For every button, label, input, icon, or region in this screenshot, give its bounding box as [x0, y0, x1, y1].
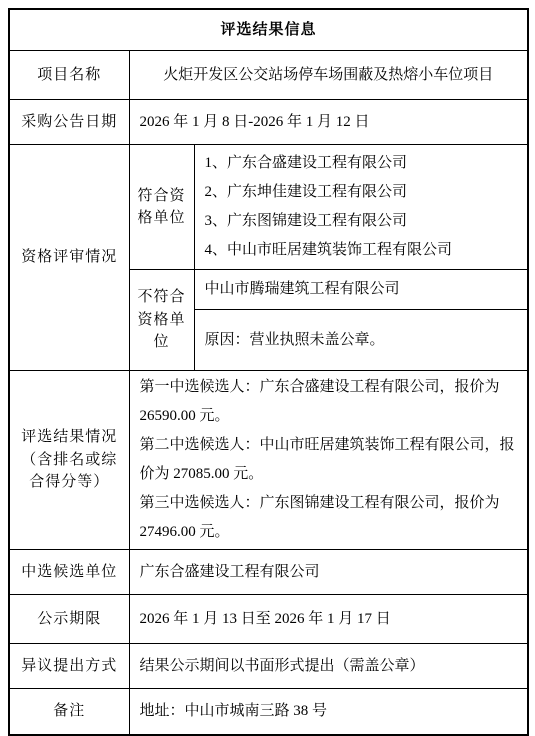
objection-method-value: 结果公示期间以书面形式提出（需盖公章）: [129, 644, 528, 689]
selection-result-entry: 第二中选候选人：中山市旺居建筑装饰工程有限公司，报价为 27085.00 元。: [140, 431, 522, 489]
qualified-units-row: 资格评审情况 符合资格单位 1、广东合盛建设工程有限公司 2、广东坤佳建设工程有…: [9, 145, 528, 270]
selection-results-label: 评选结果情况 （含排名或综合得分等）: [9, 371, 129, 550]
unqualified-reason-value: 原因：营业执照未盖公章。: [194, 310, 528, 371]
selection-results-row: 评选结果情况 （含排名或综合得分等） 第一中选候选人：广东合盛建设工程有限公司，…: [9, 371, 528, 550]
qualified-units-list: 1、广东合盛建设工程有限公司 2、广东坤佳建设工程有限公司 3、广东图锦建设工程…: [194, 145, 528, 270]
announcement-date-row: 采购公告日期 2026 年 1 月 8 日-2026 年 1 月 12 日: [9, 100, 528, 145]
selected-candidate-value: 广东合盛建设工程有限公司: [129, 550, 528, 595]
page: 评选结果信息 项目名称 火炬开发区公交站场停车场围蔽及热熔小车位项目 采购公告日…: [0, 0, 535, 689]
selected-candidate-row: 中选候选单位 广东合盛建设工程有限公司: [9, 550, 528, 595]
selected-candidate-label: 中选候选单位: [9, 550, 129, 595]
selection-result-entry: 第三中选候选人：广东图锦建设工程有限公司，报价为 27496.00 元。: [140, 489, 522, 547]
objection-method-row: 异议提出方式 结果公示期间以书面形式提出（需盖公章）: [9, 644, 528, 689]
remarks-value: 地址：中山市城南三路 38 号: [129, 689, 528, 736]
project-name-row: 项目名称 火炬开发区公交站场停车场围蔽及热熔小车位项目: [9, 51, 528, 100]
qualified-unit-item: 3、广东图锦建设工程有限公司: [205, 207, 522, 236]
title-row: 评选结果信息: [9, 9, 528, 51]
selection-results-value: 第一中选候选人：广东合盛建设工程有限公司，报价为 26590.00 元。 第二中…: [129, 371, 528, 550]
qualified-units-label: 符合资格单位: [129, 145, 194, 270]
remarks-row: 备注 地址：中山市城南三路 38 号: [9, 689, 528, 736]
announcement-date-value: 2026 年 1 月 8 日-2026 年 1 月 12 日: [129, 100, 528, 145]
qualified-unit-item: 2、广东坤佳建设工程有限公司: [205, 178, 522, 207]
publicity-period-value: 2026 年 1 月 13 日至 2026 年 1 月 17 日: [129, 595, 528, 644]
selection-result-entry: 第一中选候选人：广东合盛建设工程有限公司，报价为 26590.00 元。: [140, 373, 522, 431]
publicity-period-row: 公示期限 2026 年 1 月 13 日至 2026 年 1 月 17 日: [9, 595, 528, 644]
objection-method-label: 异议提出方式: [9, 644, 129, 689]
qualification-review-label: 资格评审情况: [9, 145, 129, 371]
remarks-label: 备注: [9, 689, 129, 736]
qualified-unit-item: 4、中山市旺居建筑装饰工程有限公司: [205, 236, 522, 265]
unqualified-units-label: 不符合资格单位: [129, 270, 194, 371]
qualified-unit-item: 1、广东合盛建设工程有限公司: [205, 149, 522, 178]
selection-result-table: 评选结果信息 项目名称 火炬开发区公交站场停车场围蔽及热熔小车位项目 采购公告日…: [8, 8, 529, 736]
project-name-label: 项目名称: [9, 51, 129, 100]
unqualified-company-value: 中山市腾瑞建筑工程有限公司: [194, 270, 528, 310]
announcement-date-label: 采购公告日期: [9, 100, 129, 145]
project-name-value: 火炬开发区公交站场停车场围蔽及热熔小车位项目: [129, 51, 528, 100]
table-title: 评选结果信息: [9, 9, 528, 51]
publicity-period-label: 公示期限: [9, 595, 129, 644]
